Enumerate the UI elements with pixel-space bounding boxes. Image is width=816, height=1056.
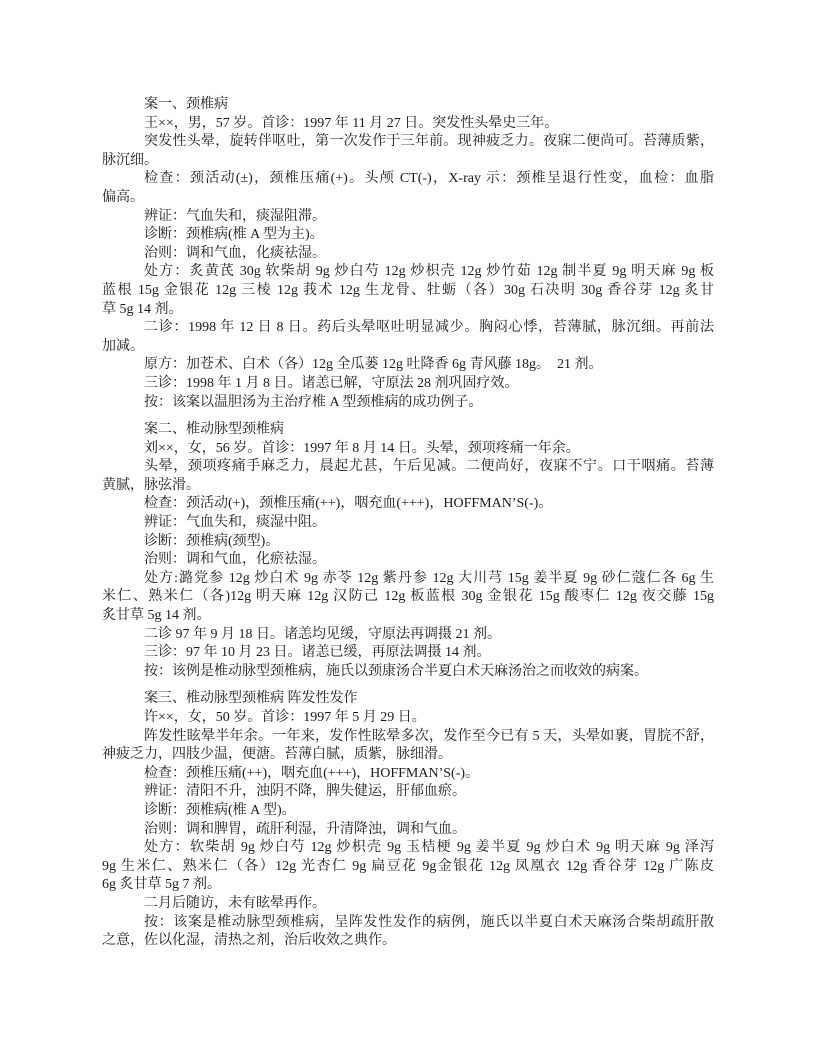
- text-line: 案一、颈椎病: [102, 96, 714, 115]
- text-line: 检查：颈椎压痛(++)，咽充血(+++)，HOFFMAN’S(-)。: [102, 765, 714, 784]
- text-line: 突发性头晕，旋转伴呕吐，第一次发作于三年前。现神疲乏力。夜寐二便尚可。苔薄质紫，: [102, 133, 714, 152]
- text-line: 诊断：颈椎病(椎 A 型为主)。: [102, 226, 714, 245]
- text-line: 诊断：颈椎病(椎 A 型)。: [102, 802, 714, 821]
- text-line: 蓝根 15g 金银花 12g 三棱 12g 莪术 12g 生龙骨、牡蛎（各）30…: [102, 282, 714, 301]
- text-line: 之意，佐以化湿，清热之剂，治后收效之典作。: [102, 932, 714, 951]
- text-line: 检查：颈活动(±)，颈椎压痛(+)。头颅 CT(-)，X-ray 示：颈椎呈退行…: [102, 170, 714, 189]
- text-line: 头晕，颈项疼痛手麻乏力，晨起尤甚，午后见减。二便尚好，夜寐不宁。口干咽痛。苔薄: [102, 458, 714, 477]
- text-line: 检查：颈活动(+)，颈椎压痛(++)，咽充血(+++)，HOFFMAN’S(-)…: [102, 495, 714, 514]
- text-line: 处方：软柴胡 9g 炒白芍 12g 炒枳壳 9g 玉桔梗 9g 姜半夏 9g 炒…: [102, 839, 714, 858]
- text-line: 许××，女，50 岁。首诊：1997 年 5 月 29 日。: [102, 709, 714, 728]
- text-line: 按：该例是椎动脉型颈椎病，施氏以颈康汤合半夏白术天麻汤治之而收效的病案。: [102, 663, 714, 682]
- text-line: 辨证：气血失和，痰湿中阻。: [102, 514, 714, 533]
- text-line: 偏高。: [102, 189, 714, 208]
- case-3: 案三、椎动脉型颈椎病 阵发性发作许××，女，50 岁。首诊：1997 年 5 月…: [102, 690, 714, 950]
- case-2: 案二、椎动脉型颈椎病刘××，女，56 岁。首诊：1997 年 8 月 14 日。…: [102, 421, 714, 681]
- text-line: 脉沉细。: [102, 152, 714, 171]
- text-line: 刘××，女，56 岁。首诊：1997 年 8 月 14 日。头晕，颈项疼痛一年余…: [102, 440, 714, 459]
- text-line: 案二、椎动脉型颈椎病: [102, 421, 714, 440]
- text-line: 二月后随访，未有眩晕再作。: [102, 895, 714, 914]
- text-line: 阵发性眩晕半年余。一年来，发作性眩晕多次，发作至今已有 5 天，头晕如裹，胃脘不…: [102, 728, 714, 747]
- text-line: 三诊：1998 年 1 月 8 日。诸恙已解，守原法 28 剂巩固疗效。: [102, 375, 714, 394]
- text-line: 处方:潞党参 12g 炒白术 9g 赤苓 12g 紫丹参 12g 大川芎 15g…: [102, 570, 714, 589]
- text-line: 6g 炙甘草 5g 7 剂。: [102, 876, 714, 895]
- text-line: 米仁、熟米仁（各)12g 明天麻 12g 汉防己 12g 板蓝根 30g 金银花…: [102, 588, 714, 607]
- text-line: 按：该案以温胆汤为主治疗椎 A 型颈椎病的成功例子。: [102, 394, 714, 413]
- text-line: 按：该案是椎动脉型颈椎病，呈阵发性发作的病例，施氏以半夏白术天麻汤合柴胡疏肝散: [102, 914, 714, 933]
- text-line: 治则：调和气血，化痰祛湿。: [102, 245, 714, 264]
- text-line: 王××，男，57 岁。首诊：1997 年 11 月 27 日。突发性头晕史三年。: [102, 115, 714, 134]
- text-line: 案三、椎动脉型颈椎病 阵发性发作: [102, 690, 714, 709]
- document-body: 案一、颈椎病王××，男，57 岁。首诊：1997 年 11 月 27 日。突发性…: [102, 96, 714, 960]
- text-line: 黄腻，脉弦滑。: [102, 477, 714, 496]
- text-line: 处方：炙黄芪 30g 软柴胡 9g 炒白芍 12g 炒枳壳 12g 炒竹茹 12…: [102, 263, 714, 282]
- case-1: 案一、颈椎病王××，男，57 岁。首诊：1997 年 11 月 27 日。突发性…: [102, 96, 714, 412]
- text-line: 二诊 97 年 9 月 18 日。诸恙均见缓，守原法再调摄 21 剂。: [102, 626, 714, 645]
- text-line: 治则：调和气血，化瘀祛湿。: [102, 551, 714, 570]
- text-line: 治则：调和脾胃，疏肝利湿，升清降浊，调和气血。: [102, 821, 714, 840]
- text-line: 神疲乏力，四肢少温，便溏。苔薄白腻，质紫，脉细滑。: [102, 746, 714, 765]
- document-page: 案一、颈椎病王××，男，57 岁。首诊：1997 年 11 月 27 日。突发性…: [0, 0, 816, 1056]
- text-line: 炙甘草 5g 14 剂。: [102, 607, 714, 626]
- text-line: 原方：加苍术、白术（各）12g 全瓜蒌 12g 吐降香 6g 青风藤 18g。 …: [102, 356, 714, 375]
- text-line: 辨证：气血失和，痰湿阻滞。: [102, 208, 714, 227]
- text-line: 诊断：颈椎病(颈型)。: [102, 533, 714, 552]
- text-line: 二诊：1998 年 12 日 8 日。药后头晕呕吐明显减少。胸闷心悸，苔薄腻，脉…: [102, 319, 714, 338]
- text-line: 草 5g 14 剂。: [102, 301, 714, 320]
- text-line: 辨证：清阳不升，浊阴不降，脾失健运，肝郁血瘀。: [102, 783, 714, 802]
- text-line: 9g 生米仁、熟米仁（各）12g 光杏仁 9g 扁豆花 9g金银花 12g 凤凰…: [102, 858, 714, 877]
- text-line: 加减。: [102, 338, 714, 357]
- text-line: 三诊：97 年 10 月 23 日。诸恙已缓，再原法调摄 14 剂。: [102, 644, 714, 663]
